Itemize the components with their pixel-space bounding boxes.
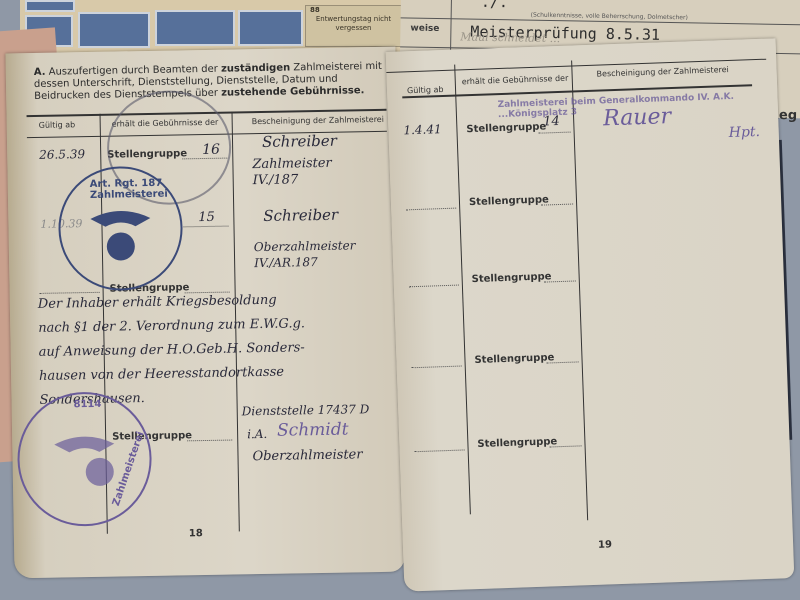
signature-rank: Hpt. xyxy=(728,124,760,141)
instruction-prefix: A. xyxy=(34,67,46,78)
right-page: Gültig ab erhält die Gebührnisse der Bes… xyxy=(386,38,795,591)
signature: Rauer xyxy=(603,104,672,131)
row-label: Stellengruppe xyxy=(472,271,552,285)
dotted-field xyxy=(415,449,465,452)
column-rule xyxy=(571,60,588,520)
official-title: Oberzahlmeister IV./AR.187 xyxy=(254,237,385,271)
dotted-field xyxy=(409,285,459,288)
column-header-certification: Bescheinigung der Zahlmeisterei xyxy=(596,65,728,79)
postage-stamp xyxy=(78,12,150,48)
dotted-field xyxy=(183,226,228,228)
eagle-icon xyxy=(49,424,120,495)
dotted-field xyxy=(406,208,456,211)
dotted-field xyxy=(544,280,576,282)
round-stamp-purple: Zahlmeisterei 8114 xyxy=(16,391,152,527)
instruction-bold: zustehende Gebührnisse. xyxy=(221,85,364,98)
dotted-field xyxy=(547,361,579,363)
official-title: Oberzahlmeister xyxy=(252,447,362,464)
signature: Schreiber xyxy=(262,132,337,151)
column-header-certification: Bescheinigung der Zahlmeisterei xyxy=(252,115,384,126)
stamp-note-text: Entwertungstag nicht vergessen xyxy=(306,15,401,33)
stamp-number: 8114 xyxy=(73,399,101,410)
faint-entry: Maul schneidet ... xyxy=(460,30,560,45)
dotted-field xyxy=(541,204,573,206)
signature: Schreiber xyxy=(263,206,338,225)
postage-stamp xyxy=(238,10,303,46)
row-label: Stellengruppe xyxy=(477,436,557,450)
row-label: Stellengruppe xyxy=(469,194,549,208)
office-number: Dienststelle 17437 D xyxy=(242,402,370,418)
page-number: 19 xyxy=(598,539,612,550)
column-header-valid-from: Gültig ab xyxy=(39,120,76,130)
column-header-fees: erhält die Gebührnisse der xyxy=(462,74,569,87)
row-label: Stellengruppe xyxy=(474,352,554,366)
row-date: 1.4.41 xyxy=(403,122,442,137)
stamp-note-box: 88 Entwertungstag nicht vergessen xyxy=(305,5,402,47)
postage-stamp xyxy=(155,10,235,46)
page-number: 18 xyxy=(189,528,203,539)
eagle-icon xyxy=(85,198,156,269)
instruction-bold: zuständigen xyxy=(221,62,290,74)
dotted-field xyxy=(187,440,232,442)
round-stamp-eagle: Art. Rgt. 187 Zahlmeisterei xyxy=(57,165,183,291)
column-header-valid-from: Gültig ab xyxy=(407,85,444,95)
signature-stamp: Schmidt xyxy=(277,420,349,441)
typed-mark: ./. xyxy=(481,0,508,11)
official-title: Zahlmeister IV./187 xyxy=(252,155,373,189)
on-behalf: i.A. xyxy=(247,427,267,441)
row-value: 15 xyxy=(198,210,215,225)
dotted-field xyxy=(539,132,571,134)
postage-stamp xyxy=(25,0,75,12)
instruction-text: A. Auszufertigen durch Beamten der zustä… xyxy=(34,61,385,103)
stamp-note-number: 88 xyxy=(306,6,401,15)
row-label: Stellengruppe xyxy=(466,121,546,135)
left-page: A. Auszufertigen durch Beamten der zustä… xyxy=(5,47,404,579)
row-date: 26.5.39 xyxy=(39,147,85,162)
dotted-field xyxy=(412,366,462,369)
dotted-field xyxy=(550,445,582,447)
field-label: weise xyxy=(410,24,439,35)
